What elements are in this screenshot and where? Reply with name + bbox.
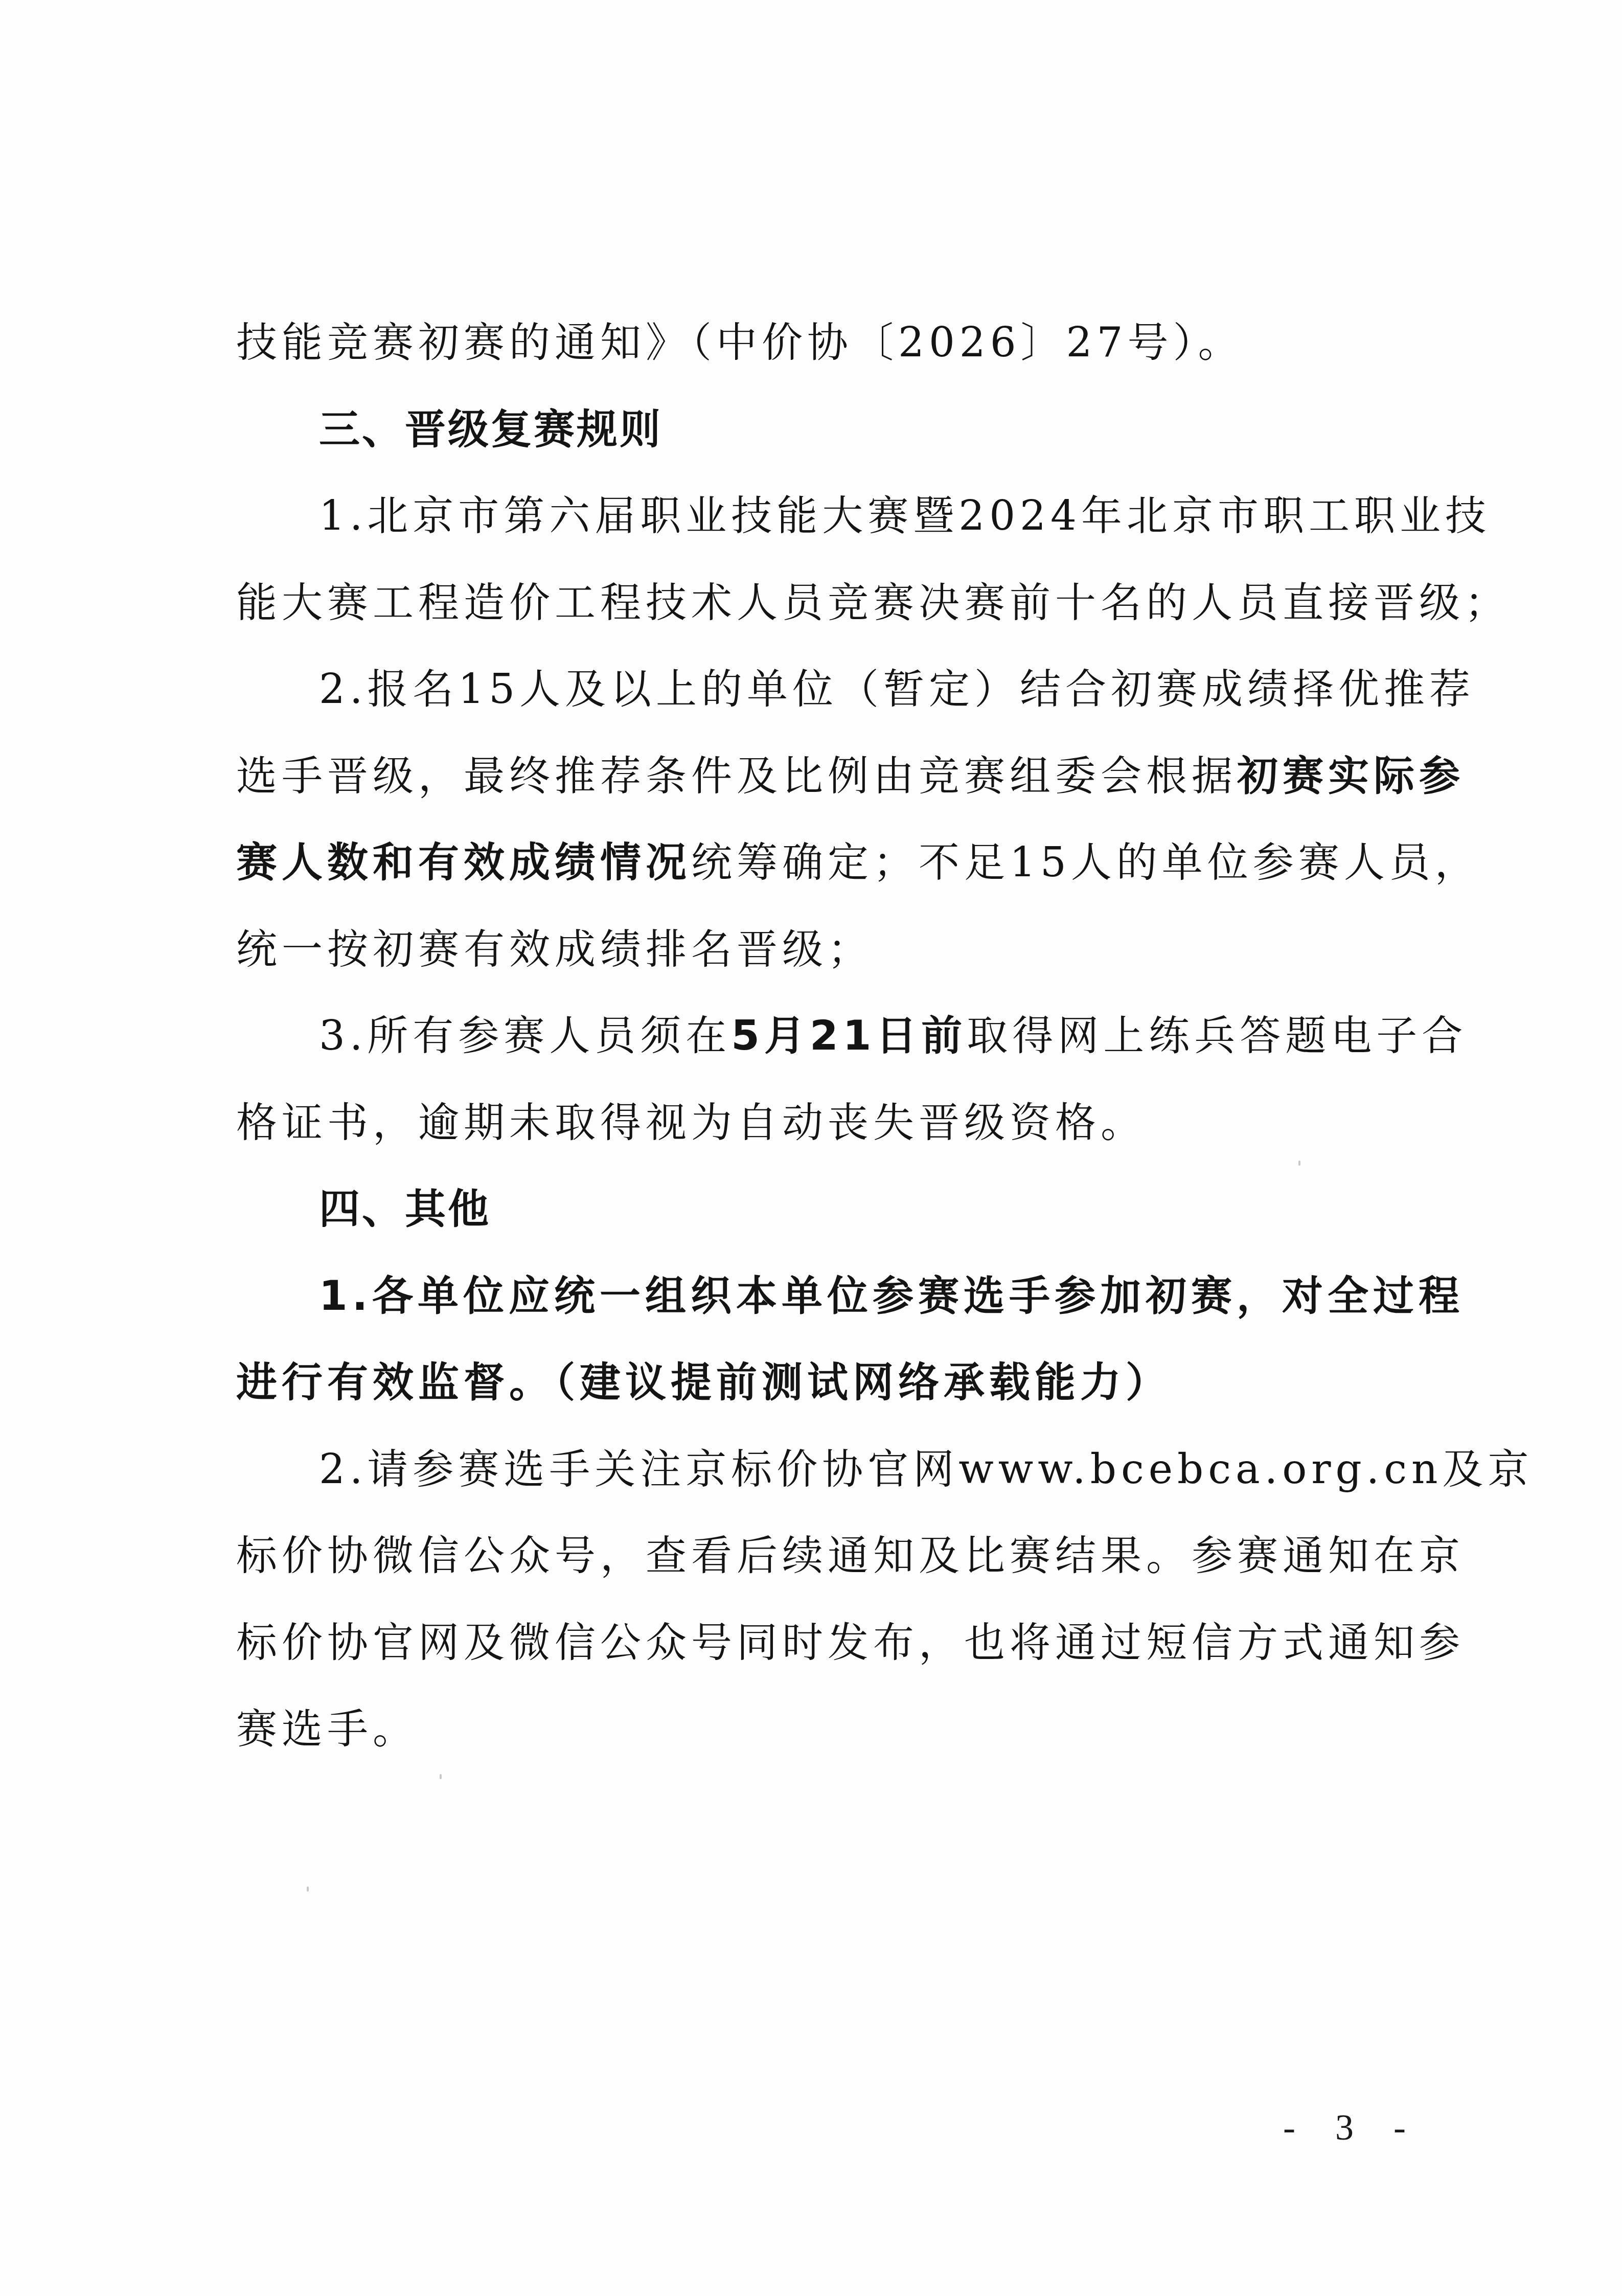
heading-text: 四、其他 <box>319 1185 491 1233</box>
text-segment: 能大赛工程造价工程技术人员竞赛决赛前十名的人员直接晋级； <box>236 579 1510 626</box>
bold-deadline-text: 5月21日前 <box>731 1012 967 1059</box>
section-heading-advancement-rules: 三、晋级复赛规则 <box>236 386 1422 473</box>
text-segment: 取得网上练兵答题电子合 <box>967 1012 1467 1059</box>
rule-2-line-2: 选手晋级，最终推荐条件及比例由竞赛组委会根据初赛实际参 <box>236 733 1422 820</box>
bold-text-segment: 初赛实际参 <box>1237 752 1465 800</box>
other-1-line-2: 进行有效监督。（建议提前测试网络承载能力） <box>236 1339 1422 1426</box>
scan-speck <box>1298 1161 1300 1166</box>
text-segment: 赛选手。 <box>236 1705 418 1753</box>
scan-speck <box>440 1774 442 1779</box>
other-2-line-2: 标价协微信公众号，查看后续通知及比赛结果。参赛通知在京 <box>236 1512 1422 1599</box>
text-segment: 标价协官网及微信公众号同时发布，也将通过短信方式通知参 <box>236 1619 1465 1666</box>
rule-3-line-1: 3.所有参赛人员须在5月21日前取得网上练兵答题电子合 <box>236 992 1422 1079</box>
text-segment: 统一按初赛有效成绩排名晋级； <box>236 925 873 973</box>
text-segment: 选手晋级，最终推荐条件及比例由竞赛组委会根据 <box>236 752 1237 800</box>
bold-text-segment: 1.各单位应统一组织本单位参赛选手参加初赛，对全过程 <box>319 1272 1464 1320</box>
rule-1-line-1: 1.北京市第六届职业技能大赛暨2024年北京市职工职业技 <box>236 472 1422 559</box>
document-page: 技能竞赛初赛的通知》（中价协〔2026〕27号）。 三、晋级复赛规则 1.北京市… <box>0 0 1622 2296</box>
scan-speck <box>307 1886 309 1892</box>
other-2-line-3: 标价协官网及微信公众号同时发布，也将通过短信方式通知参 <box>236 1599 1422 1686</box>
text-segment-with-website: 2.请参赛选手关注京标价协官网www.bcebca.org.cn及京 <box>319 1445 1534 1493</box>
text-segment: 3.所有参赛人员须在 <box>319 1012 731 1059</box>
page-number: - 3 - <box>1283 2106 1421 2149</box>
text-segment: 格证书，逾期未取得视为自动丧失晋级资格。 <box>236 1099 1146 1146</box>
section-heading-other: 四、其他 <box>236 1166 1422 1253</box>
text-segment: 标价协微信公众号，查看后续通知及比赛结果。参赛通知在京 <box>236 1532 1465 1579</box>
bold-text-segment: 赛人数和有效成绩情况 <box>236 838 691 886</box>
text-segment: 2.报名15人及以上的单位（暂定）结合初赛成绩择优推荐 <box>319 665 1475 713</box>
rule-2-line-4: 统一按初赛有效成绩排名晋级； <box>236 906 1422 993</box>
text-segment: 1.北京市第六届职业技能大赛暨2024年北京市职工职业技 <box>319 492 1491 539</box>
bold-text-segment: 进行有效监督。（建议提前测试网络承载能力） <box>236 1358 1171 1406</box>
rule-3-line-2: 格证书，逾期未取得视为自动丧失晋级资格。 <box>236 1079 1422 1166</box>
other-1-line-1: 1.各单位应统一组织本单位参赛选手参加初赛，对全过程 <box>236 1253 1422 1339</box>
other-2-line-4: 赛选手。 <box>236 1686 1422 1772</box>
heading-text: 三、晋级复赛规则 <box>319 405 662 453</box>
paragraph-line-notice-reference: 技能竞赛初赛的通知》（中价协〔2026〕27号）。 <box>236 299 1422 386</box>
other-2-line-1: 2.请参赛选手关注京标价协官网www.bcebca.org.cn及京 <box>236 1426 1422 1513</box>
document-body: 技能竞赛初赛的通知》（中价协〔2026〕27号）。 三、晋级复赛规则 1.北京市… <box>236 299 1422 1772</box>
rule-2-line-1: 2.报名15人及以上的单位（暂定）结合初赛成绩择优推荐 <box>236 646 1422 733</box>
rule-2-line-3: 赛人数和有效成绩情况统筹确定；不足15人的单位参赛人员， <box>236 819 1422 906</box>
text-segment: 技能竞赛初赛的通知》（中价协〔2026〕27号）。 <box>236 319 1243 366</box>
rule-1-line-2: 能大赛工程造价工程技术人员竞赛决赛前十名的人员直接晋级； <box>236 559 1422 646</box>
text-segment: 统筹确定；不足15人的单位参赛人员， <box>691 838 1480 886</box>
